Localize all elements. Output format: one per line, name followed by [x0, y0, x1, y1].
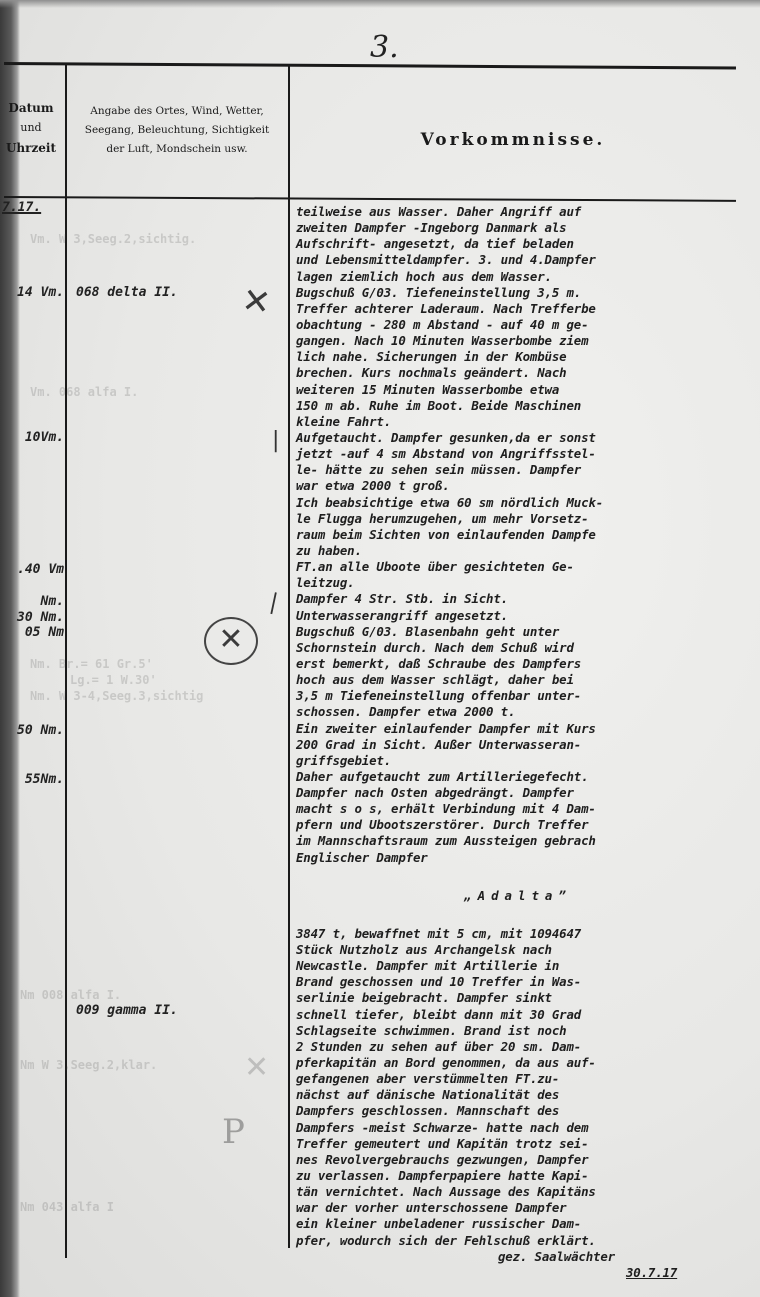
header-ort: Angabe des Ortes, Wind, Wetter, Seegang,…: [72, 102, 282, 159]
bleed-through-text: Vm. W 3,Seeg.2,sichtig.: [30, 232, 196, 246]
text-line: lich nahe. Sicherungen in der Kombüse: [296, 349, 740, 365]
time-entry: 10Vm.: [0, 430, 64, 445]
text-line: le- hätte zu sehen sein müssen. Dampfer: [296, 462, 740, 478]
scanned-log-page: 3. Datum und Uhrzeit Angabe des Ortes, W…: [0, 0, 760, 1297]
header-rule: [4, 196, 736, 202]
text-line: schossen. Dampfer etwa 2000 t.: [296, 704, 740, 720]
text-line: Dampfer nach Osten abgedrängt. Dampfer: [296, 785, 740, 801]
binding-shadow: [0, 0, 20, 1297]
text-line: weiteren 15 Minuten Wasserbombe etwa: [296, 382, 740, 398]
time-entry: Nm.: [0, 594, 64, 609]
vorkommnisse-text: teilweise aus Wasser. Daher Angriff aufz…: [296, 204, 740, 1281]
text-line: macht s o s, erhält Verbindung mit 4 Dam…: [296, 801, 740, 817]
time-entry: 55Nm.: [0, 772, 64, 787]
text-line: 2 Stunden zu sehen auf über 20 sm. Dam-: [296, 1039, 740, 1055]
text-line: Newcastle. Dampfer mit Artillerie in: [296, 958, 740, 974]
text-line: ein kleiner unbeladener russischer Dam-: [296, 1216, 740, 1232]
text-line: leitzug.: [296, 575, 740, 591]
header-ort-line: der Luft, Mondschein usw.: [72, 140, 282, 159]
text-line: schnell tiefer, bleibt dann mit 30 Grad: [296, 1007, 740, 1023]
text-line: tän vernichtet. Nach Aussage des Kapitän…: [296, 1184, 740, 1200]
faint-x-mark-icon: ✕: [244, 1050, 269, 1085]
text-line: pfer, wodurch sich der Fehlschuß erklärt…: [296, 1233, 740, 1249]
page-number: 3.: [370, 30, 399, 65]
header-datum-line: und: [0, 118, 62, 138]
header-datum-line: Datum: [0, 98, 62, 118]
text-line: Aufgetaucht. Dampfer gesunken,da er sons…: [296, 430, 740, 446]
text-line: Bugschuß G/03. Tiefeneinstellung 3,5 m.: [296, 285, 740, 301]
column-divider-2: [288, 66, 290, 1248]
bleed-through-text: Vm. 068 alfa I.: [30, 385, 138, 399]
text-line: Schornstein durch. Nach dem Schuß wird: [296, 640, 740, 656]
text-line: gangen. Nach 10 Minuten Wasserbombe ziem: [296, 333, 740, 349]
bleed-through-text: Nm. Br.= 61 Gr.5': [30, 657, 153, 671]
text-line: zweiten Dampfer -Ingeborg Danmark als: [296, 220, 740, 236]
text-line: Bugschuß G/03. Blasenbahn geht unter: [296, 624, 740, 640]
text-line: nächst auf dänische Nationalität des: [296, 1087, 740, 1103]
text-line: Englischer Dampfer: [296, 850, 740, 866]
text-line: gefangenen aber verstümmelten FT.zu-: [296, 1071, 740, 1087]
signature: gez. Saalwächter: [296, 1249, 740, 1265]
bleed-through-text: Nm W 3,Seeg.2,klar.: [20, 1058, 157, 1072]
tick-mark-icon: |: [272, 428, 279, 453]
signature-date: 30.7.17: [296, 1265, 740, 1281]
text-line: Treffer gemeutert und Kapitän trotz sei-: [296, 1136, 740, 1152]
time-entry: 14 Vm.: [0, 285, 64, 300]
header-ort-line: Angabe des Ortes, Wind, Wetter,: [72, 102, 282, 121]
text-line: war der vorher unterschossene Dampfer: [296, 1200, 740, 1216]
page-top-edge: [0, 0, 760, 8]
text-line: und Lebensmitteldampfer. 3. und 4.Dampfe…: [296, 252, 740, 268]
text-line: 3,5 m Tiefeneinstellung offenbar unter-: [296, 688, 740, 704]
tick-mark-icon: |: [267, 590, 279, 616]
text-line: Dampfer 4 Str. Stb. in Sicht.: [296, 591, 740, 607]
text-line: Ich beabsichtige etwa 60 sm nördlich Muc…: [296, 495, 740, 511]
text-line: Daher aufgetaucht zum Artilleriegefecht.: [296, 769, 740, 785]
text-line: brechen. Kurs nochmals geändert. Nach: [296, 365, 740, 381]
text-line: Treffer achterer Laderaum. Nach Trefferb…: [296, 301, 740, 317]
text-line: nes Revolvergebrauchs gezwungen, Dampfer: [296, 1152, 740, 1168]
text-line: raum beim Sichten von einlaufenden Dampf…: [296, 527, 740, 543]
text-line: pferkapitän an Bord genommen, da aus auf…: [296, 1055, 740, 1071]
header-datum: Datum und Uhrzeit: [0, 98, 62, 158]
text-line: erst bemerkt, daß Schraube des Dampfers: [296, 656, 740, 672]
text-line: pfern und Ubootszerstörer. Durch Treffer: [296, 817, 740, 833]
text-line: zu verlassen. Dampferpapiere hatte Kapi-: [296, 1168, 740, 1184]
time-entry: 30 Nm.: [0, 610, 64, 625]
text-line: le Flugga herumzugehen, um mehr Vorsetz-: [296, 511, 740, 527]
header-ort-line: Seegang, Beleuchtung, Sichtigkeit: [72, 121, 282, 140]
text-line: griffsgebiet.: [296, 753, 740, 769]
time-entry: 05 Nm: [0, 625, 64, 640]
text-line: Stück Nutzholz aus Archangelsk nach: [296, 942, 740, 958]
text-line: FT.an alle Uboote über gesichteten Ge-: [296, 559, 740, 575]
text-line: teilweise aus Wasser. Daher Angriff auf: [296, 204, 740, 220]
text-line: hoch aus dem Wasser schlägt, daher bei: [296, 672, 740, 688]
text-line: kleine Fahrt.: [296, 414, 740, 430]
position-entry: 009 gamma II.: [76, 1003, 178, 1018]
time-entry: 50 Nm.: [0, 723, 64, 738]
text-line: 150 m ab. Ruhe im Boot. Beide Maschinen: [296, 398, 740, 414]
bleed-through-text: Nm. W 3-4,Seeg.3,sichtig: [30, 689, 203, 703]
text-line: Unterwasserangriff angesetzt.: [296, 608, 740, 624]
date-entry: 7.17.: [2, 200, 41, 215]
position-entry: 068 delta II.: [76, 285, 178, 300]
ship-name: „Adalta”: [296, 888, 740, 904]
text-line: Brand geschossen und 10 Treffer in Was-: [296, 974, 740, 990]
text-line: Dampfers -meist Schwarze- hatte nach dem: [296, 1120, 740, 1136]
bleed-through-text: Nm 043 alfa I: [20, 1200, 114, 1214]
text-line: Dampfers geschlossen. Mannschaft des: [296, 1103, 740, 1119]
text-line: 3847 t, bewaffnet mit 5 cm, mit 1094647: [296, 926, 740, 942]
text-line: 200 Grad in Sicht. Außer Unterwasseran-: [296, 737, 740, 753]
text-line: jetzt -auf 4 sm Abstand von Angriffsstel…: [296, 446, 740, 462]
header-vorkommnisse: Vorkommnisse.: [290, 130, 736, 150]
text-line: serlinie beigebracht. Dampfer sinkt: [296, 990, 740, 1006]
text-line: Aufschrift- angesetzt, da tief beladen: [296, 236, 740, 252]
text-line: war etwa 2000 t groß.: [296, 478, 740, 494]
bleed-through-text: Lg.= 1 W.30': [70, 673, 157, 687]
bleed-through-text: Nm 008 alfa I.: [20, 988, 121, 1002]
initial-p-mark-icon: P: [222, 1112, 245, 1152]
text-line: obachtung - 280 m Abstand - auf 40 m ge-: [296, 317, 740, 333]
time-entry: .40 Vm: [0, 562, 64, 577]
text-line: Schlagseite schwimmen. Brand ist noch: [296, 1023, 740, 1039]
text-line: zu haben.: [296, 543, 740, 559]
x-mark-icon: ✕: [239, 280, 273, 324]
header-datum-line: Uhrzeit: [0, 138, 62, 158]
text-line: lagen ziemlich hoch aus dem Wasser.: [296, 269, 740, 285]
text-line: im Mannschaftsraum zum Aussteigen gebrac…: [296, 833, 740, 849]
circled-x-mark-icon: ✕: [204, 617, 258, 665]
text-line: Ein zweiter einlaufender Dampfer mit Kur…: [296, 721, 740, 737]
